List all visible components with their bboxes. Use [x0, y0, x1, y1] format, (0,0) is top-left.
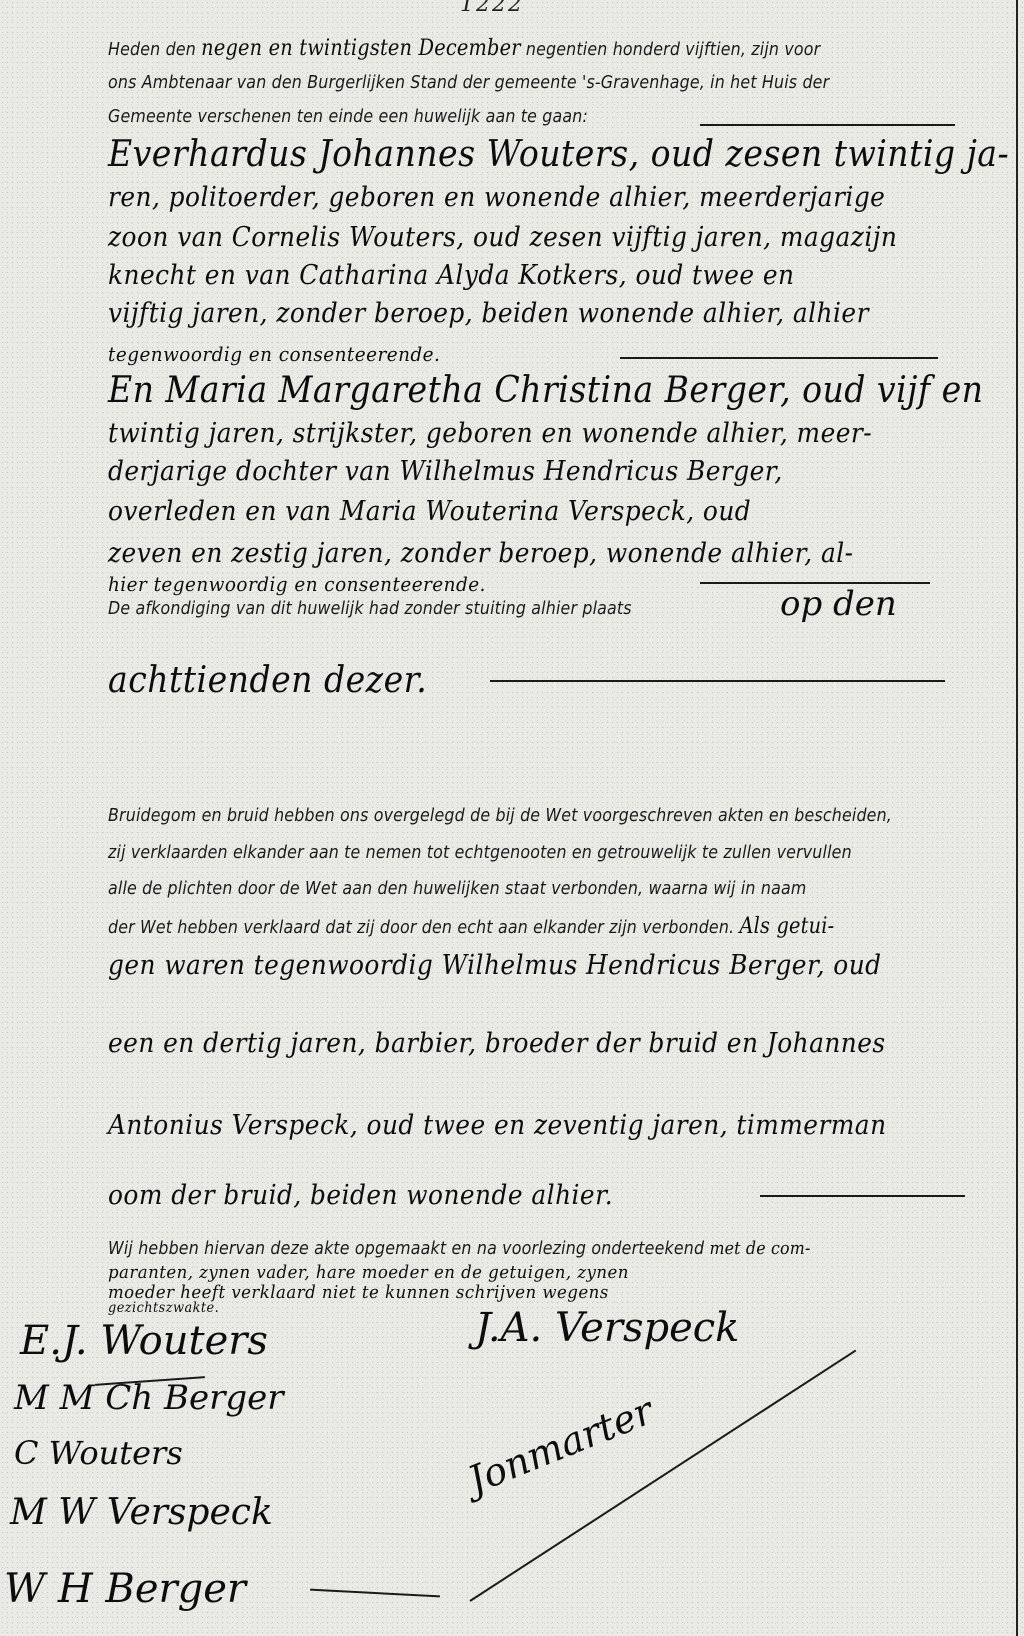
- signature-witness-verspeck: J.A. Verspeck: [475, 1305, 739, 1351]
- fill-rule: [620, 357, 938, 359]
- witness-line-3: Antonius Verspeck, oud twee en zeventig …: [108, 1110, 887, 1141]
- groom-line-2: ren, politoerder, geboren en wonende alh…: [108, 182, 885, 213]
- closing-line-1: Wij hebben hiervan deze akte opgemaakt e…: [108, 1238, 811, 1259]
- signature-official: Jonmarter: [462, 1388, 660, 1502]
- proclamation-printed: De afkondiging van dit huwelijk had zond…: [108, 598, 632, 619]
- signature-father: C Wouters: [14, 1434, 183, 1472]
- witness-line-2: een en dertig jaren, barbier, broeder de…: [108, 1028, 886, 1059]
- printed-text: der Wet hebben verklaard dat zij door de…: [108, 917, 734, 938]
- witness-line-1: gen waren tegenwoordig Wilhelmus Hendric…: [108, 950, 882, 981]
- groom-line-1: Everhardus Johannes Wouters, oud zesen t…: [108, 134, 1009, 175]
- groom-line-3: zoon van Cornelis Wouters, oud zesen vij…: [108, 222, 897, 253]
- page-number: 1222: [460, 0, 524, 17]
- declaration-line-1: Bruidegom en bruid hebben ons overgelegd…: [108, 805, 892, 826]
- witness-line-4: oom der bruid, beiden wonende alhier.: [108, 1180, 613, 1211]
- handwritten-date: negen en twintigsten December: [201, 36, 521, 61]
- signature-mother: M W Verspeck: [10, 1492, 273, 1533]
- intro-line-2: ons Ambtenaar van den Burgerlijken Stand…: [108, 72, 829, 93]
- groom-line-4: knecht en van Catharina Alyda Kotkers, o…: [108, 260, 795, 291]
- proclamation-handwritten-2: achttienden dezer.: [108, 660, 427, 701]
- bride-line-1: En Maria Margaretha Christina Berger, ou…: [108, 370, 983, 411]
- page-border-right: [1016, 0, 1018, 1636]
- declaration-line-4: der Wet hebben verklaard dat zij door de…: [108, 914, 834, 939]
- declaration-line-2: zij verklaarden elkander aan te nemen to…: [108, 842, 852, 863]
- intro-line-1: Heden den negen en twintigsten December …: [108, 36, 820, 61]
- printed-text: negentien honderd vijftien, zijn voor: [526, 39, 820, 60]
- fill-rule: [700, 124, 955, 126]
- bride-line-2: twintig jaren, strijkster, geboren en wo…: [108, 418, 872, 449]
- fill-rule: [490, 680, 945, 682]
- signature-groom: E.J. Wouters: [20, 1318, 268, 1364]
- marriage-certificate-page: 1222 Heden den negen en twintigsten Dece…: [0, 0, 1024, 1636]
- closing-line-4: gezichtszwakte.: [108, 1300, 219, 1316]
- bride-line-6: hier tegenwoordig en consenteerende.: [108, 572, 486, 596]
- handwritten-text: Als getui-: [739, 914, 834, 939]
- bride-line-4: overleden en van Maria Wouterina Verspec…: [108, 496, 751, 527]
- handwritten-text: met de com-: [709, 1238, 810, 1259]
- groom-line-5: vijftig jaren, zonder beroep, beiden won…: [108, 298, 869, 329]
- intro-line-3: Gemeente verschenen ten einde een huweli…: [108, 106, 588, 127]
- proclamation-handwritten-1: op den: [780, 584, 897, 624]
- signature-witness-berger: W H Berger: [4, 1566, 246, 1612]
- groom-line-6: tegenwoordig en consenteerende.: [108, 342, 440, 366]
- signature-flourish: [310, 1589, 440, 1598]
- fill-rule: [760, 1195, 965, 1197]
- closing-line-2: paranten, zynen vader, hare moeder en de…: [108, 1262, 629, 1283]
- bride-line-3: derjarige dochter van Wilhelmus Hendricu…: [108, 456, 783, 487]
- printed-text: Heden den: [108, 39, 196, 60]
- signature-bride: M M Ch Berger: [14, 1378, 283, 1418]
- printed-text: Wij hebben hiervan deze akte opgemaakt e…: [108, 1238, 704, 1259]
- bride-line-5: zeven en zestig jaren, zonder beroep, wo…: [108, 538, 854, 569]
- declaration-line-3: alle de plichten door de Wet aan den huw…: [108, 878, 806, 899]
